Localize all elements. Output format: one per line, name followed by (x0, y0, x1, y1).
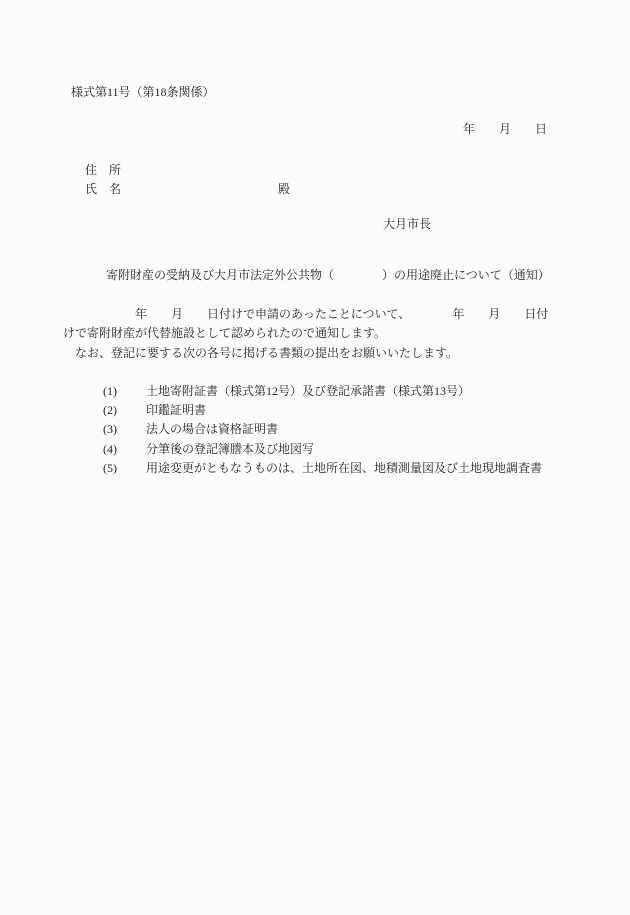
body-line-3: なお、登記に要する次の各号に掲げる書類の提出をお願いいたします。 (63, 346, 458, 361)
item-text: 用途変更がともなうものは、土地所在図、地積測量図及び土地現地調査書 (146, 461, 542, 476)
item-text: 分筆後の登記簿謄本及び地図写 (146, 442, 314, 457)
item-number: (1) (103, 384, 146, 399)
item-text: 印鑑証明書 (146, 403, 206, 418)
item-number: (4) (103, 442, 146, 457)
item-text: 土地寄附証書（様式第12号）及び登記承諾書（様式第13号） (146, 384, 470, 399)
body-line-2: けで寄附財産が代替施設として認められたので通知します。 (63, 326, 386, 341)
attachment-list: (1) 土地寄附証書（様式第12号）及び登記承諾書（様式第13号） (2) 印鑑… (103, 384, 603, 480)
item-number: (3) (103, 422, 146, 437)
item-number: (5) (103, 461, 146, 476)
address-label: 住 所 (85, 163, 121, 178)
honorific-dono: 殿 (278, 182, 290, 197)
list-item: (5) 用途変更がともなうものは、土地所在図、地積測量図及び土地現地調査書 (103, 461, 603, 480)
document-title: 寄附財産の受納及び大月市法定外公共物（ ）の用途廃止について（通知） (106, 268, 550, 283)
date-line: 年 月 日 (463, 122, 547, 137)
document-page: 様式第11号（第18条関係） 年 月 日 住 所 氏 名 殿 大月市長 寄附財産… (0, 0, 630, 915)
name-label: 氏 名 (85, 182, 121, 197)
sender-mayor: 大月市長 (383, 217, 431, 232)
form-number: 様式第11号（第18条関係） (71, 85, 215, 100)
list-item: (4) 分筆後の登記簿謄本及び地図写 (103, 442, 603, 461)
list-item: (2) 印鑑証明書 (103, 403, 603, 422)
body-line-1: 年 月 日付けで申請のあったことについて、 年 月 日付 (63, 307, 548, 322)
item-text: 法人の場合は資格証明書 (146, 422, 278, 437)
list-item: (1) 土地寄附証書（様式第12号）及び登記承諾書（様式第13号） (103, 384, 603, 403)
list-item: (3) 法人の場合は資格証明書 (103, 422, 603, 441)
item-number: (2) (103, 403, 146, 418)
